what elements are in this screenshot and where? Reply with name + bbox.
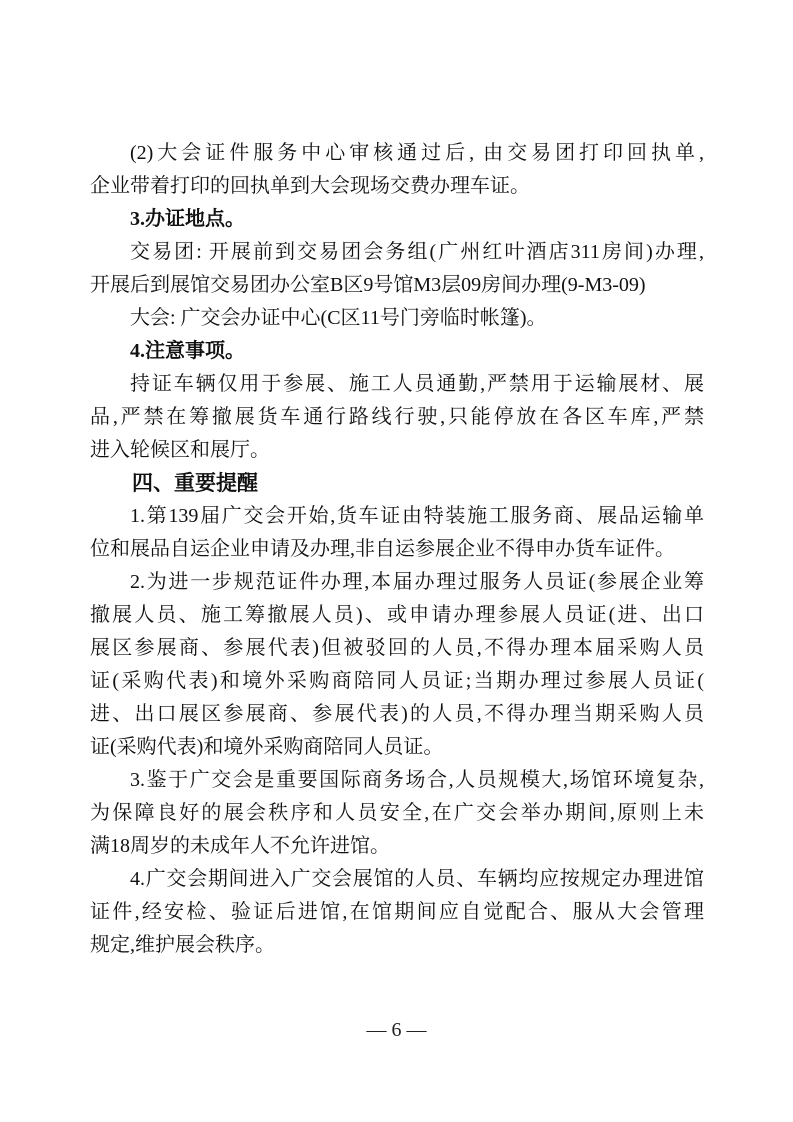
para-4-entry-rules-line-3: 规定,维护展会秩序。 <box>90 929 704 962</box>
para-2-print-receipt-line-2: 企业带着打印的回执单到大会现场交费办理车证。 <box>90 170 704 203</box>
para-1-truck-cert-line-1: 1.第139届广交会开始,货车证由特装施工服务商、展品运输单 <box>90 500 704 533</box>
para-dahui-location: 大会: 广交会办证中心(C区11号门旁临时帐篷)。 <box>90 302 704 335</box>
para-2-credential-rules-line-2: 撤展人员、施工筹撤展人员)、或申请办理参展人员证(进、出口 <box>90 599 704 632</box>
para-vehicle-rules-line-1: 持证车辆仅用于参展、施工人员通勤,严禁用于运输展材、展 <box>90 368 704 401</box>
para-2-credential-rules-line-3: 展区参展商、参展代表)但被驳回的人员,不得办理本届采购人员 <box>90 632 704 665</box>
heading-si-zhongyao-tixing: 四、重要提醒 <box>90 467 704 500</box>
para-jiaoyituan-location-line-2: 开展后到展馆交易团办公室B区9号馆M3层09房间办理(9-M3-09) <box>90 269 704 302</box>
heading-4-zhuyi-shixiang: 4.注意事项。 <box>90 335 704 368</box>
heading-3-banzheng-didian: 3.办证地点。 <box>90 203 704 236</box>
para-1-truck-cert-line-2: 位和展品自运企业申请及办理,非自运参展企业不得申办货车证件。 <box>90 533 704 566</box>
para-3-minors-line-1: 3.鉴于广交会是重要国际商务场合,人员规模大,场馆环境复杂, <box>90 764 704 797</box>
para-2-print-receipt-line-1: (2)大会证件服务中心审核通过后, 由交易团打印回执单, <box>90 137 704 170</box>
para-2-credential-rules-line-5: 进、出口展区参展商、参展代表)的人员,不得办理当期采购人员 <box>90 698 704 731</box>
para-2-credential-rules-line-1: 2.为进一步规范证件办理,本届办理过服务人员证(参展企业筹 <box>90 566 704 599</box>
document-page: (2)大会证件服务中心审核通过后, 由交易团打印回执单,企业带着打印的回执单到大… <box>0 0 793 1122</box>
page-number: — 6 — <box>0 1018 793 1042</box>
para-3-minors-line-2: 为保障良好的展会秩序和人员安全,在广交会举办期间,原则上未 <box>90 797 704 830</box>
para-4-entry-rules-line-1: 4.广交会期间进入广交会展馆的人员、车辆均应按规定办理进馆 <box>90 863 704 896</box>
para-3-minors-line-3: 满18周岁的未成年人不允许进馆。 <box>90 830 704 863</box>
para-2-credential-rules-line-6: 证(采购代表)和境外采购商陪同人员证。 <box>90 731 704 764</box>
document-body: (2)大会证件服务中心审核通过后, 由交易团打印回执单,企业带着打印的回执单到大… <box>90 137 704 962</box>
para-jiaoyituan-location-line-1: 交易团: 开展前到交易团会务组(广州红叶酒店311房间)办理, <box>90 236 704 269</box>
para-2-credential-rules-line-4: 证(采购代表)和境外采购商陪同人员证;当期办理过参展人员证( <box>90 665 704 698</box>
para-vehicle-rules-line-2: 品,严禁在筹撤展货车通行路线行驶,只能停放在各区车库,严禁 <box>90 401 704 434</box>
para-vehicle-rules-line-3: 进入轮候区和展厅。 <box>90 434 704 467</box>
para-4-entry-rules-line-2: 证件,经安检、验证后进馆,在馆期间应自觉配合、服从大会管理 <box>90 896 704 929</box>
